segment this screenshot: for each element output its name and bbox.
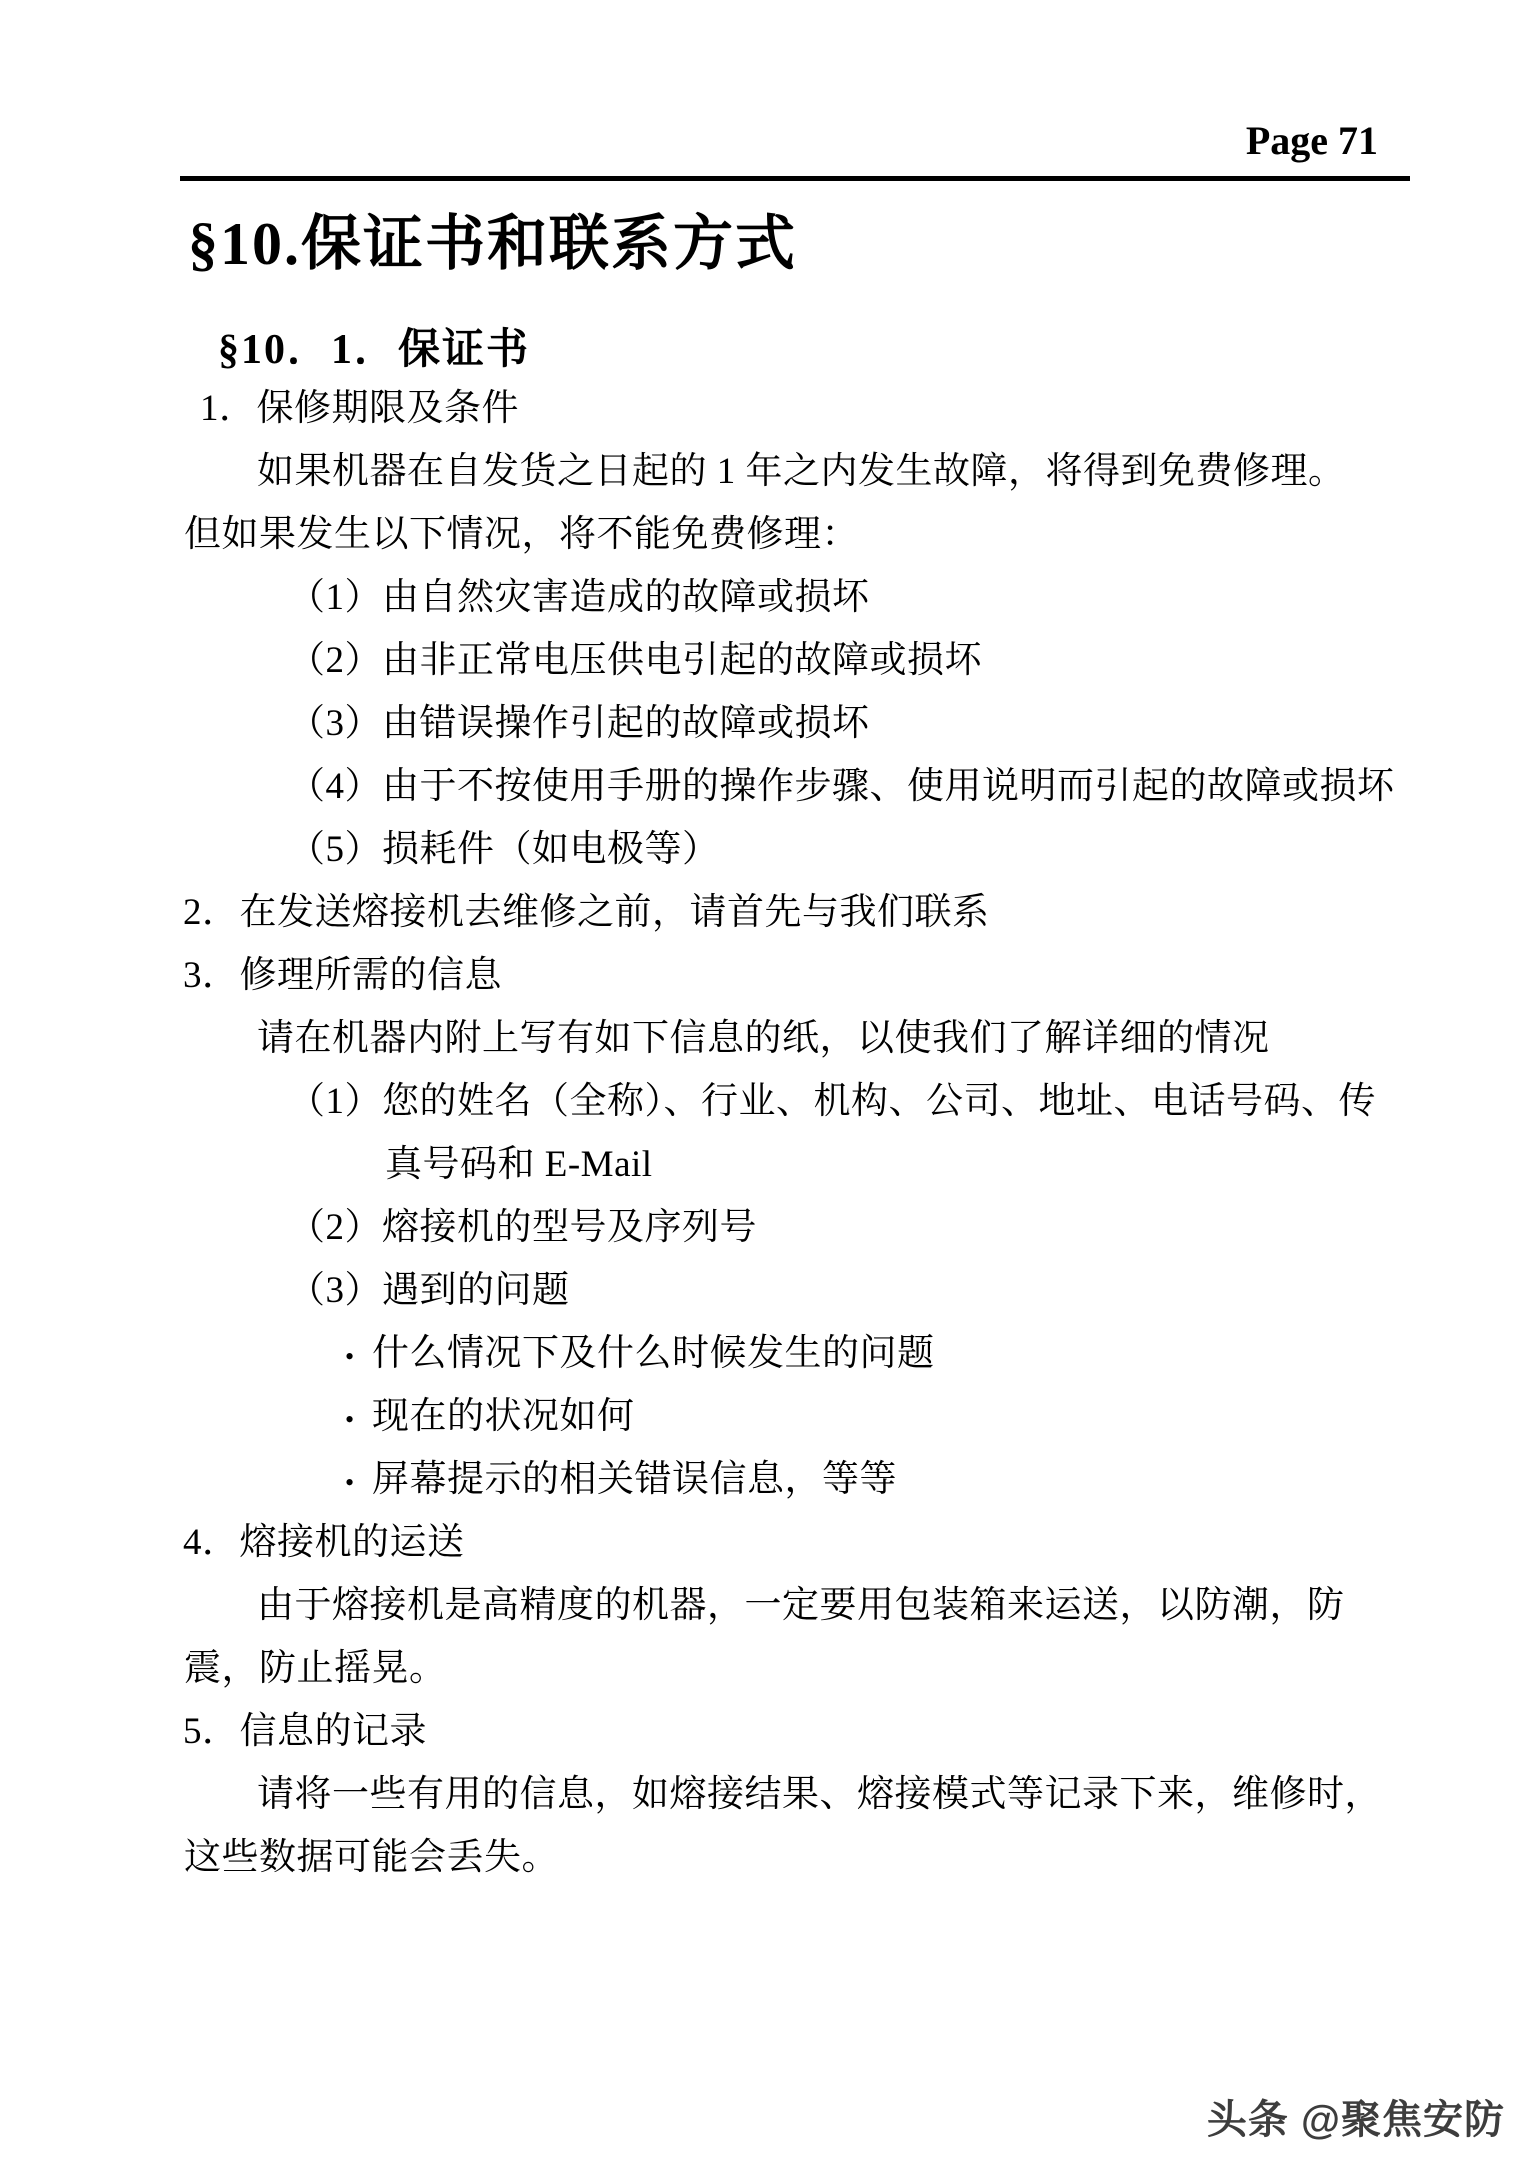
bullet-line: •屏幕提示的相关错误信息，等等 [0, 1448, 1536, 1511]
text-line: 如果机器在自发货之日起的 1 年之内发生故障，将得到免费修理。 [0, 440, 1536, 503]
bullet-icon: • [345, 1325, 372, 1388]
text-line: 请在机器内附上写有如下信息的纸，以使我们了解详细的情况 [0, 1007, 1536, 1070]
bullet-text: 现在的状况如何 [372, 1396, 635, 1437]
bullet-icon: • [345, 1451, 372, 1514]
bullet-text: 什么情况下及什么时候发生的问题 [372, 1333, 935, 1374]
document-page: Page 71 §10.保证书和联系方式 §10．1．保证书 1．保修期限及条件… [0, 0, 1536, 2174]
text-line: 5．信息的记录 [0, 1700, 1536, 1763]
section-title: §10.保证书和联系方式 [188, 212, 797, 276]
text-line: 2．在发送熔接机去维修之前，请首先与我们联系 [0, 881, 1536, 944]
text-line: （1）由自然灾害造成的故障或损坏 [0, 566, 1536, 629]
text-line: 4．熔接机的运送 [0, 1511, 1536, 1574]
bullet-icon: • [345, 1388, 372, 1451]
text-line: 1．保修期限及条件 [0, 377, 1536, 440]
text-line: （3）由错误操作引起的故障或损坏 [0, 692, 1536, 755]
text-line: 请将一些有用的信息，如熔接结果、熔接模式等记录下来，维修时， [0, 1763, 1536, 1826]
text-line: 真号码和 E-Mail [0, 1133, 1536, 1196]
document-body: 1．保修期限及条件如果机器在自发货之日起的 1 年之内发生故障，将得到免费修理。… [0, 377, 1536, 1889]
subsection-title: §10．1．保证书 [218, 327, 530, 373]
text-line: （1）您的姓名（全称）、行业、机构、公司、地址、电话号码、传 [0, 1070, 1536, 1133]
text-line: （5）损耗件（如电极等） [0, 818, 1536, 881]
header-rule [180, 176, 1410, 181]
text-line: （2）熔接机的型号及序列号 [0, 1196, 1536, 1259]
text-line: 震，防止摇晃。 [0, 1637, 1536, 1700]
text-line: 由于熔接机是高精度的机器，一定要用包装箱来运送，以防潮，防 [0, 1574, 1536, 1637]
text-line: （3）遇到的问题 [0, 1259, 1536, 1322]
text-line: （4）由于不按使用手册的操作步骤、使用说明而引起的故障或损坏 [0, 755, 1536, 818]
text-line: （2）由非正常电压供电引起的故障或损坏 [0, 629, 1536, 692]
bullet-line: •什么情况下及什么时候发生的问题 [0, 1322, 1536, 1385]
text-line: 但如果发生以下情况，将不能免费修理： [0, 503, 1536, 566]
text-line: 这些数据可能会丢失。 [0, 1826, 1536, 1889]
bullet-text: 屏幕提示的相关错误信息，等等 [372, 1459, 897, 1500]
text-line: 3．修理所需的信息 [0, 944, 1536, 1007]
watermark: 头条 @聚焦安防 [1207, 2098, 1505, 2142]
bullet-line: •现在的状况如何 [0, 1385, 1536, 1448]
page-number: Page 71 [1246, 121, 1378, 161]
